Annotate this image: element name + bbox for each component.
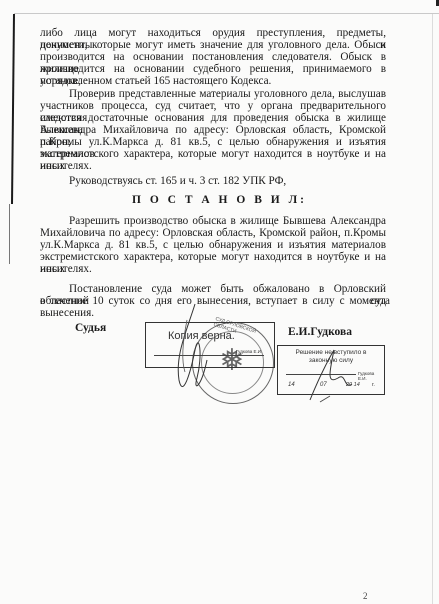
date-day: 14 [288, 382, 295, 388]
scan-left-edge-faint [9, 204, 10, 264]
text-line: ценности, которые могут иметь значение д… [40, 40, 386, 52]
text-line: Проверив представленные материалы уголов… [40, 89, 386, 101]
text-line: ул.К.Маркса д. 81 кв.5, с целью обнаруже… [40, 240, 386, 252]
judge-signature-scribble [165, 300, 225, 410]
text-line: носителях. [40, 264, 386, 276]
scan-left-edge [11, 14, 15, 204]
page-top-edge [14, 13, 439, 14]
judge-name: Е.И.Гудкова [288, 326, 352, 338]
decision-heading: П О С Т А Н О В И Л: [0, 194, 439, 206]
judge-label: Судья [75, 322, 106, 334]
page-number: 2 [363, 591, 368, 601]
text-line: Разрешить производство обыска в жилище Б… [40, 216, 386, 228]
page-right-edge [432, 14, 433, 604]
copy-certified-signer: Гудкова Е.И. [236, 349, 262, 354]
text-line: установленном статьей 165 настоящего Код… [40, 76, 386, 88]
text-line: носителях. [40, 161, 386, 173]
text-line: Михайловича по адресу: Орловская область… [40, 228, 386, 240]
document-page: либо лица могут находиться орудия престу… [0, 0, 439, 604]
date-suffix: г. [372, 382, 375, 388]
not-in-force-signer: Гудкова Е.И. [358, 371, 384, 381]
paragraph-legal-basis: Руководствуясь ст. 165 и ч. 3 ст. 182 УП… [40, 176, 386, 188]
status-signature-scribble [300, 340, 360, 410]
